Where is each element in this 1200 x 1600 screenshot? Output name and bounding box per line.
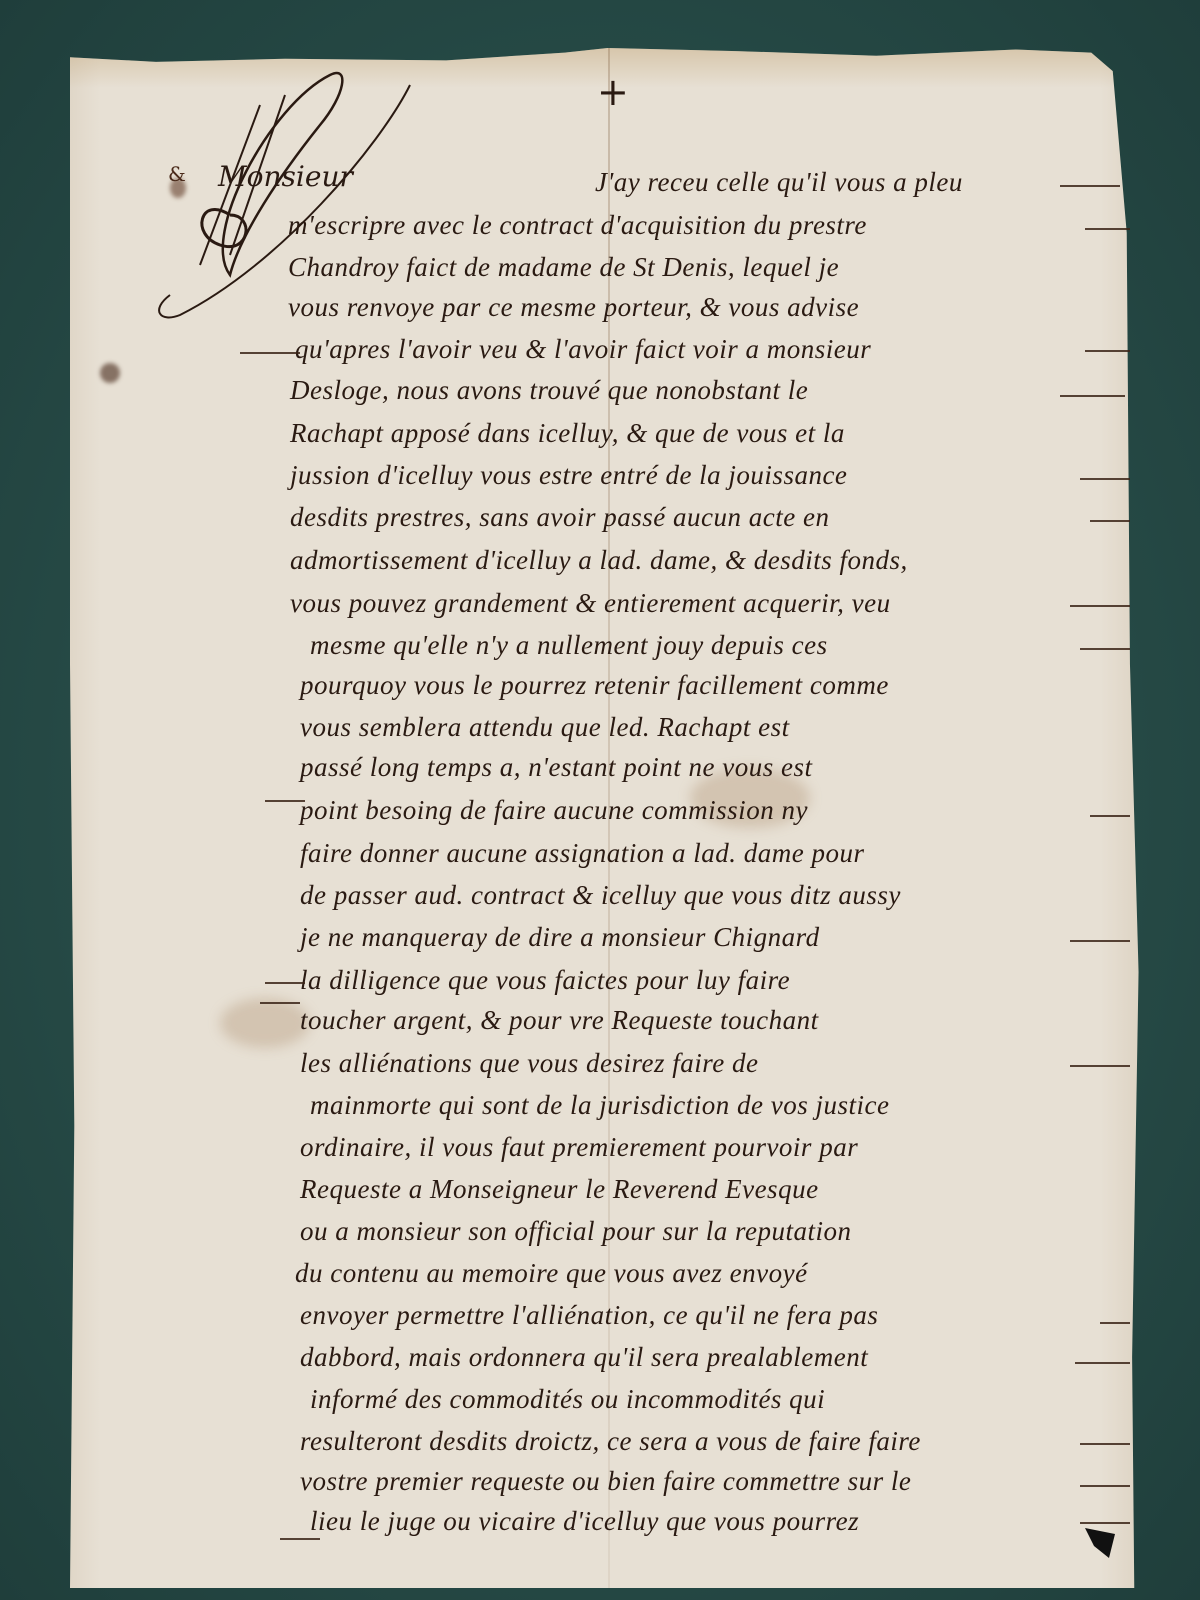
text-line: Rachapt apposé dans icelluy, & que de vo… <box>290 418 845 449</box>
text-line: jussion d'icelluy vous estre entré de la… <box>290 460 847 491</box>
line-start-rule <box>260 1002 300 1004</box>
text-line: ordinaire, il vous faut premierement pou… <box>300 1132 858 1163</box>
line-start-rule <box>280 1538 320 1540</box>
text-line: faire donner aucune assignation a lad. d… <box>300 838 864 869</box>
line-end-rule <box>1060 185 1120 187</box>
monsieur-flourish-icon <box>80 65 420 325</box>
header-cross-mark: + <box>597 73 629 111</box>
line-end-rule <box>1085 228 1130 230</box>
text-line: envoyer permettre l'alliénation, ce qu'i… <box>300 1300 878 1331</box>
ink-spot <box>100 363 120 383</box>
text-line: vostre premier requeste ou bien faire co… <box>300 1466 911 1497</box>
text-line: informé des commodités ou incommodités q… <box>310 1384 825 1415</box>
text-line: point besoing de faire aucune commission… <box>300 795 808 826</box>
line-end-rule <box>1100 1322 1130 1324</box>
text-line: mesme qu'elle n'y a nullement jouy depui… <box>310 630 828 661</box>
line-start-rule <box>240 352 300 354</box>
line-start-rule <box>265 800 305 802</box>
text-line: desdits prestres, sans avoir passé aucun… <box>290 502 829 533</box>
text-line: la dilligence que vous faictes pour luy … <box>300 965 790 996</box>
text-line: pourquoy vous le pourrez retenir facille… <box>300 670 889 701</box>
text-line: Chandroy faict de madame de St Denis, le… <box>288 252 839 283</box>
line-end-rule <box>1070 605 1130 607</box>
line-end-rule <box>1070 1065 1130 1067</box>
text-line: resulteront desdits droictz, ce sera a v… <box>300 1426 921 1457</box>
line-end-rule <box>1070 940 1130 942</box>
text-line: vous renvoye par ce mesme porteur, & vou… <box>288 292 859 323</box>
line-start-rule <box>265 982 305 984</box>
text-line: je ne manqueray de dire a monsieur Chign… <box>300 922 820 953</box>
line-end-rule <box>1060 395 1125 397</box>
line-end-rule <box>1080 1522 1130 1524</box>
water-stain <box>220 998 310 1048</box>
line-end-rule <box>1080 1485 1130 1487</box>
text-line: J'ay receu celle qu'il vous a pleu <box>595 167 963 198</box>
line-end-rule <box>1090 815 1130 817</box>
text-line: Desloge, nous avons trouvé que nonobstan… <box>290 375 808 406</box>
text-line: dabbord, mais ordonnera qu'il sera preal… <box>300 1342 868 1373</box>
text-line: mainmorte qui sont de la jurisdiction de… <box>310 1090 889 1121</box>
line-end-rule <box>1080 648 1130 650</box>
text-line: qu'apres l'avoir veu & l'avoir faict voi… <box>295 334 871 365</box>
line-end-rule <box>1085 350 1130 352</box>
line-end-rule <box>1075 1362 1130 1364</box>
text-line: ou a monsieur son official pour sur la r… <box>300 1216 852 1247</box>
line-end-rule <box>1080 1443 1130 1445</box>
line-end-rule <box>1080 478 1130 480</box>
line-end-rule <box>1090 520 1130 522</box>
text-line: Requeste a Monseigneur le Reverend Evesq… <box>300 1174 819 1205</box>
corner-hole <box>1085 1528 1115 1558</box>
margin-mark: & <box>168 162 186 186</box>
text-line: de passer aud. contract & icelluy que vo… <box>300 880 901 911</box>
text-line: passé long temps a, n'estant point ne vo… <box>300 752 812 783</box>
text-line: toucher argent, & pour vre Requeste touc… <box>300 1005 819 1036</box>
text-line: vous semblera attendu que led. Rachapt e… <box>300 712 790 743</box>
text-line: du contenu au memoire que vous avez envo… <box>295 1258 808 1289</box>
text-line: admortissement d'icelluy a lad. dame, & … <box>290 545 908 576</box>
salutation: Monsieur <box>218 160 353 193</box>
text-line: les alliénations que vous desirez faire … <box>300 1048 758 1079</box>
text-line: lieu le juge ou vicaire d'icelluy que vo… <box>310 1506 859 1537</box>
text-line: vous pouvez grandement & entierement acq… <box>290 588 891 619</box>
text-line: m'escripre avec le contract d'acquisitio… <box>288 210 867 241</box>
